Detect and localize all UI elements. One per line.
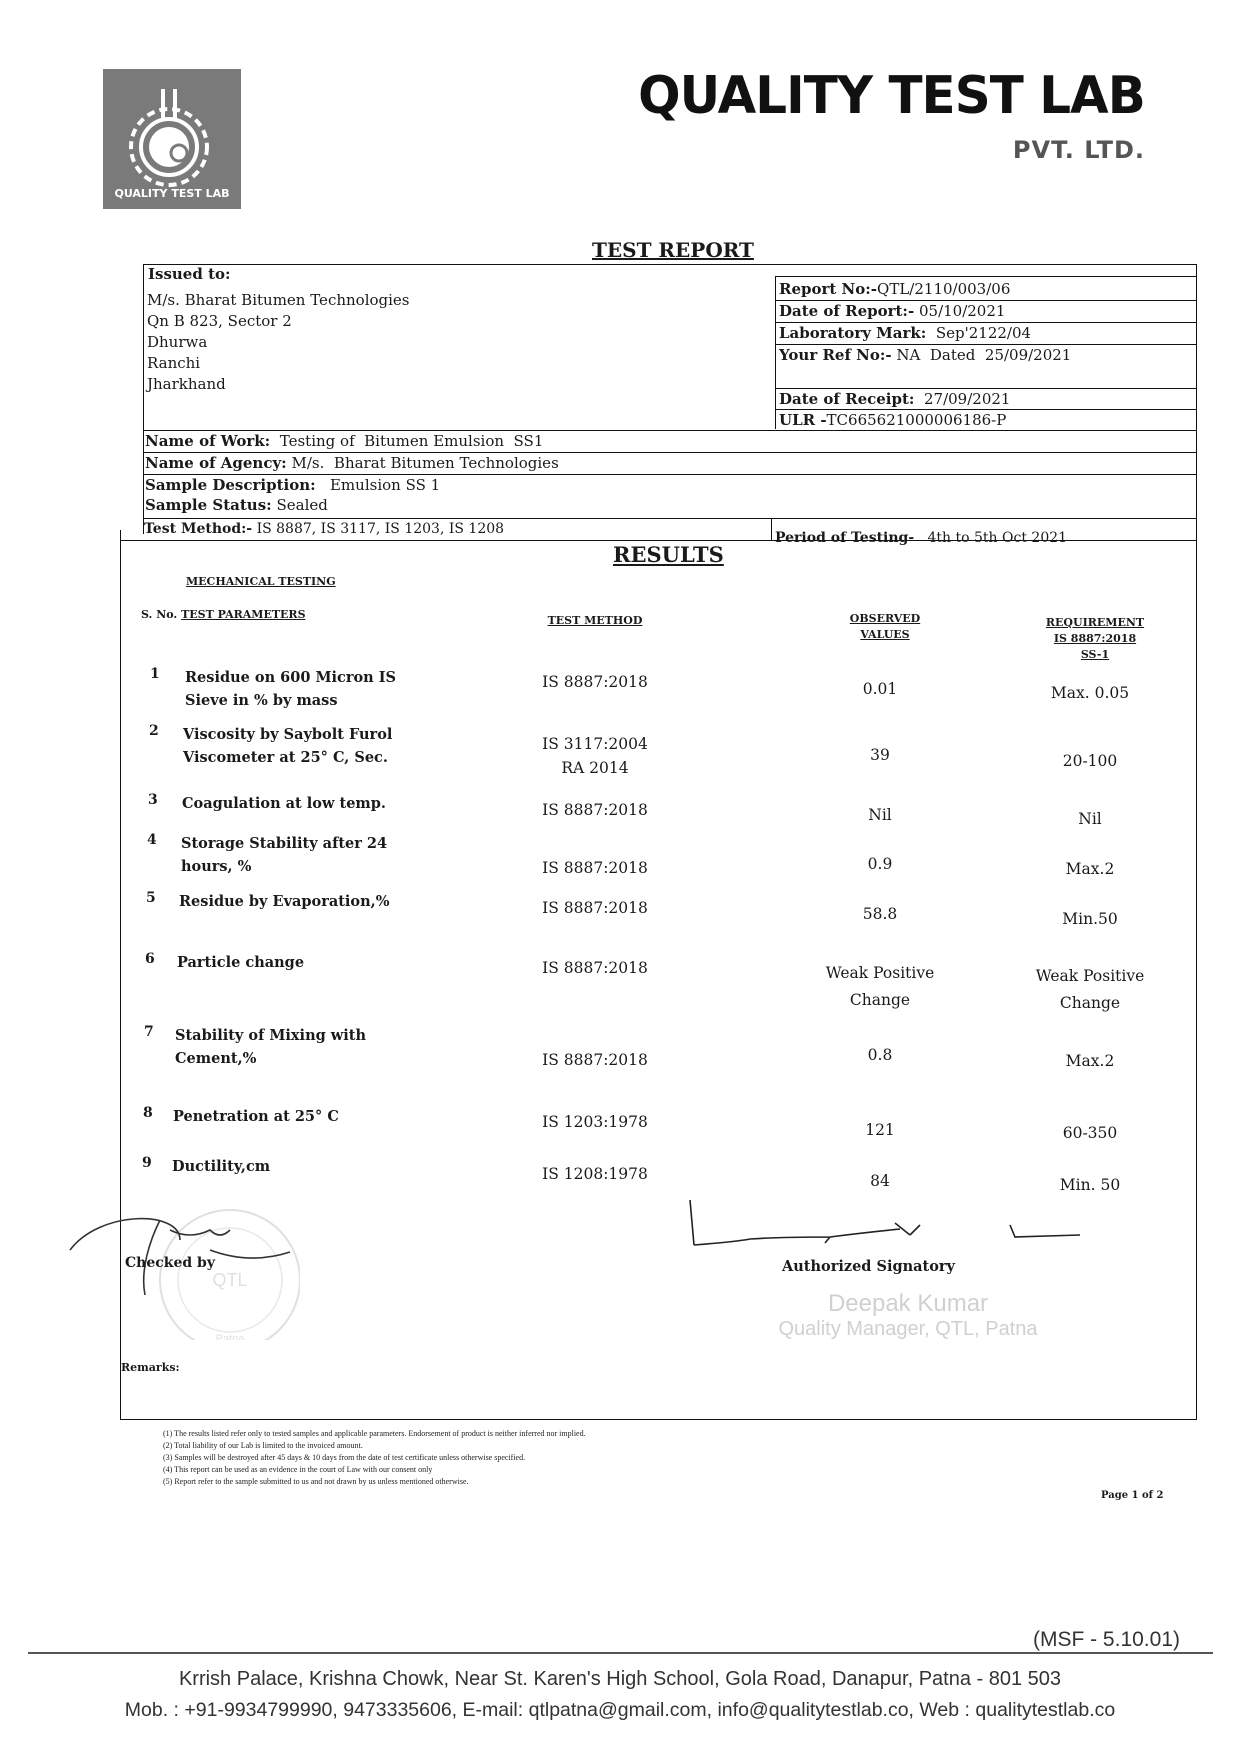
section-title: MECHANICAL TESTING	[186, 575, 336, 588]
column-header-method: TEST METHOD	[535, 613, 655, 629]
address-line: M/s. Bharat Bitumen Technologies	[147, 290, 410, 311]
authorized-signatory-label: Authorized Signatory	[782, 1258, 955, 1275]
note-item: (4) This report can be used as an eviden…	[163, 1464, 586, 1476]
flask-gear-icon: QUALITY TEST LAB	[103, 69, 241, 209]
row-number: 6	[145, 951, 155, 967]
cell-param-line: Residue on 600 Micron IS	[185, 666, 396, 689]
cell-param-line: Particle change	[177, 951, 304, 974]
cell-requirement-line: Weak Positive	[1015, 963, 1165, 990]
cell-method: IS 8887:2018	[535, 896, 655, 920]
date-of-receipt: Date of Receipt: 27/09/2021	[779, 391, 1010, 408]
cell-observed-line: 84	[805, 1168, 955, 1195]
cell-param: Residue by Evaporation,%	[179, 890, 389, 913]
cell-param-line: Stability of Mixing with	[175, 1024, 366, 1047]
cell-param: Particle change	[177, 951, 304, 974]
address-line: Jharkhand	[147, 374, 410, 395]
address-line: Ranchi	[147, 353, 410, 374]
cell-method: IS 8887:2018	[535, 856, 655, 880]
cell-observed: 0.01	[805, 676, 955, 703]
cell-param: Storage Stability after 24hours, %	[181, 832, 387, 878]
checked-by-label: Checked by	[125, 1255, 215, 1271]
cell-param: Coagulation at low temp.	[182, 792, 386, 815]
divider	[775, 276, 1196, 277]
divider	[775, 409, 1196, 410]
cell-requirement: Min.50	[1015, 906, 1165, 933]
cell-requirement-line: Max.2	[1015, 856, 1165, 883]
note-item: (3) Samples will be destroyed after 45 d…	[163, 1452, 586, 1464]
divider	[143, 518, 1197, 519]
cell-method: IS 8887:2018	[535, 956, 655, 980]
cell-observed: Weak PositiveChange	[805, 960, 955, 1014]
column-header-observed: OBSERVEDVALUES	[830, 611, 940, 643]
issued-to-label: Issued to:	[148, 266, 231, 283]
cell-requirement: Nil	[1015, 806, 1165, 833]
cell-method-line: IS 8887:2018	[535, 896, 655, 920]
note-item: (1) The results listed refer only to tes…	[163, 1428, 586, 1440]
cell-requirement-line: Change	[1015, 990, 1165, 1017]
issued-to-address: M/s. Bharat Bitumen Technologies Qn B 82…	[147, 290, 410, 395]
report-no: Report No:-QTL/2110/003/06	[779, 281, 1010, 298]
cell-requirement-line: Min.50	[1015, 906, 1165, 933]
svg-text:Patna: Patna	[216, 1333, 246, 1340]
cell-param-line: Penetration at 25° C	[173, 1105, 339, 1128]
divider	[143, 474, 1197, 475]
cell-param: Stability of Mixing withCement,%	[175, 1024, 366, 1070]
divider	[775, 322, 1196, 323]
address-line: Qn B 823, Sector 2	[147, 311, 410, 332]
cell-method: IS 8887:2018	[535, 798, 655, 822]
divider	[775, 276, 776, 429]
cell-param-line: Cement,%	[175, 1047, 366, 1070]
note-item: (5) Report refer to the sample submitted…	[163, 1476, 586, 1488]
date-of-report: Date of Report:- 05/10/2021	[779, 303, 1005, 320]
cell-observed: 58.8	[805, 901, 955, 928]
cell-requirement: Max. 0.05	[1015, 680, 1165, 707]
cell-requirement-line: 20-100	[1015, 748, 1165, 775]
your-ref-no: Your Ref No:- NA Dated 25/09/2021	[779, 347, 1071, 364]
cell-method-line: IS 8887:2018	[535, 956, 655, 980]
signatory-stamp: Deepak Kumar Quality Manager, QTL, Patna	[778, 1290, 1038, 1341]
laboratory-mark: Laboratory Mark: Sep'2122/04	[779, 325, 1031, 342]
cell-method-line: IS 8887:2018	[535, 670, 655, 694]
cell-method: IS 1208:1978	[535, 1162, 655, 1186]
cell-observed: 121	[805, 1117, 955, 1144]
divider	[143, 430, 1197, 431]
cell-observed-line: Change	[805, 987, 955, 1014]
cell-observed-line: Nil	[805, 802, 955, 829]
cell-requirement-line: Max. 0.05	[1015, 680, 1165, 707]
cell-method: IS 8887:2018	[535, 1048, 655, 1072]
sample-description: Sample Description: Emulsion SS 1	[145, 477, 440, 494]
address-line: Dhurwa	[147, 332, 410, 353]
row-number: 5	[146, 890, 156, 906]
remarks-label: Remarks:	[121, 1361, 180, 1374]
cell-observed-line: 0.01	[805, 676, 955, 703]
authorized-signature-icon	[680, 1195, 1120, 1255]
ulr-number: ULR -TC665621000006186-P	[779, 412, 1006, 429]
column-header-requirement: REQUIREMENTIS 8887:2018SS-1	[1035, 615, 1155, 663]
cell-method-line: IS 1203:1978	[535, 1110, 655, 1134]
cell-param-line: Ductility,cm	[172, 1155, 270, 1178]
cell-param-line: Residue by Evaporation,%	[179, 890, 389, 913]
cell-observed: 0.8	[805, 1042, 955, 1069]
cell-method-line: IS 1208:1978	[535, 1162, 655, 1186]
note-item: (2) Total liability of our Lab is limite…	[163, 1440, 586, 1452]
divider	[775, 300, 1196, 301]
cell-param-line: Coagulation at low temp.	[182, 792, 386, 815]
cell-requirement-line: Nil	[1015, 806, 1165, 833]
cell-observed-line: 0.9	[805, 851, 955, 878]
results-title: RESULTS	[613, 542, 724, 567]
cell-method-line: IS 3117:2004	[535, 732, 655, 756]
row-number: 4	[147, 832, 157, 848]
divider	[775, 344, 1196, 345]
row-number: 9	[142, 1155, 152, 1171]
svg-text:QUALITY TEST LAB: QUALITY TEST LAB	[114, 187, 229, 200]
cell-param-line: hours, %	[181, 855, 387, 878]
svg-text:QTL: QTL	[212, 1270, 247, 1290]
company-name: QUALITY TEST LAB	[638, 70, 1145, 122]
cell-method-line: RA 2014	[535, 756, 655, 780]
cell-param-line: Viscometer at 25° C, Sec.	[183, 746, 392, 769]
test-method: Test Method:- IS 8887, IS 3117, IS 1203,…	[144, 521, 504, 537]
cell-observed-line: 39	[805, 742, 955, 769]
divider	[771, 518, 772, 540]
terms-notes: (1) The results listed refer only to tes…	[163, 1428, 586, 1488]
cell-method: IS 8887:2018	[535, 670, 655, 694]
cell-method: IS 3117:2004RA 2014	[535, 732, 655, 780]
footer-address: Krrish Palace, Krishna Chowk, Near St. K…	[0, 1668, 1240, 1691]
cell-requirement: Max.2	[1015, 856, 1165, 883]
cell-observed: 84	[805, 1168, 955, 1195]
cell-method-line: IS 8887:2018	[535, 798, 655, 822]
row-number: 3	[148, 792, 158, 808]
cell-param-line: Viscosity by Saybolt Furol	[183, 723, 392, 746]
cell-param-line: Storage Stability after 24	[181, 832, 387, 855]
cell-observed-line: 0.8	[805, 1042, 955, 1069]
row-number: 7	[144, 1024, 154, 1040]
cell-param: Penetration at 25° C	[173, 1105, 339, 1128]
cell-param-line: Sieve in % by mass	[185, 689, 396, 712]
cell-param: Viscosity by Saybolt FurolViscometer at …	[183, 723, 392, 769]
row-number: 1	[150, 666, 160, 682]
divider	[775, 388, 1196, 389]
cell-observed-line: Weak Positive	[805, 960, 955, 987]
page-number: Page 1 of 2	[1101, 1490, 1163, 1501]
footer-contact: Mob. : +91-9934799990, 9473335606, E-mai…	[0, 1699, 1240, 1722]
sample-status: Sample Status: Sealed	[145, 497, 328, 514]
frame-border	[120, 1419, 1197, 1420]
cell-requirement: 20-100	[1015, 748, 1165, 775]
frame-border	[143, 264, 1197, 265]
frame-border	[1196, 264, 1197, 1420]
form-number: (MSF - 5.10.01)	[1033, 1628, 1180, 1652]
cell-observed-line: 58.8	[805, 901, 955, 928]
cell-requirement: 60-350	[1015, 1120, 1165, 1147]
row-number: 8	[143, 1105, 153, 1121]
divider	[143, 452, 1197, 453]
cell-requirement: Weak PositiveChange	[1015, 963, 1165, 1017]
cell-observed-line: 121	[805, 1117, 955, 1144]
cell-observed: 39	[805, 742, 955, 769]
column-header-sno: S. No. TEST PARAMETERS	[141, 607, 306, 623]
cell-requirement: Max.2	[1015, 1048, 1165, 1075]
cell-observed: 0.9	[805, 851, 955, 878]
cell-method-line: IS 8887:2018	[535, 856, 655, 880]
brand-block: QUALITY TEST LAB PVT. LTD.	[617, 70, 1145, 164]
row-number: 2	[149, 723, 159, 739]
frame-border	[143, 264, 144, 534]
cell-observed: Nil	[805, 802, 955, 829]
cell-method-line: IS 8887:2018	[535, 1048, 655, 1072]
footer-divider	[28, 1652, 1213, 1654]
period-of-testing: Period of Testing- 4th to 5th Oct 2021	[775, 530, 1067, 546]
cell-requirement-line: Max.2	[1015, 1048, 1165, 1075]
company-suffix: PVT. LTD.	[617, 136, 1145, 164]
cell-param: Residue on 600 Micron ISSieve in % by ma…	[185, 666, 396, 712]
report-title: TEST REPORT	[592, 238, 754, 262]
company-logo: QUALITY TEST LAB	[103, 69, 241, 209]
cell-method: IS 1203:1978	[535, 1110, 655, 1134]
name-of-agency: Name of Agency: M/s. Bharat Bitumen Tech…	[145, 455, 559, 472]
name-of-work: Name of Work: Testing of Bitumen Emulsio…	[145, 433, 543, 450]
cell-requirement-line: 60-350	[1015, 1120, 1165, 1147]
cell-param: Ductility,cm	[172, 1155, 270, 1178]
